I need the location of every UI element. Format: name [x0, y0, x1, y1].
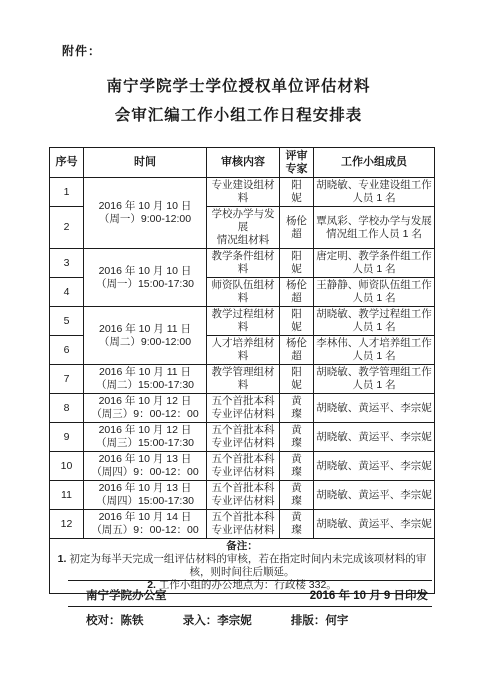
cell-expert: 阳 妮 — [280, 365, 314, 394]
cell-no: 12 — [50, 510, 84, 539]
note-number: 1. — [58, 553, 67, 565]
schedule-table: 序号 时间 审核内容 评审 专家 工作小组成员 12016 年 10 月 10 … — [49, 147, 435, 594]
cell-content: 五个首批本科 专业评估材料 — [207, 394, 280, 423]
cell-time: 2016 年 10 月 12 日 （周三）15:00-17:30 — [84, 423, 207, 452]
cell-expert: 黄 璨 — [280, 452, 314, 481]
cell-expert: 阳 妮 — [280, 249, 314, 278]
cell-no: 7 — [50, 365, 84, 394]
header-no: 序号 — [50, 148, 84, 178]
attachment-label: 附件： — [62, 42, 101, 59]
cell-content: 教学条件组材料 — [207, 249, 280, 278]
header-time: 时间 — [84, 148, 207, 178]
cell-members: 胡晓敏、黄运平、李宗妮 — [314, 394, 435, 423]
cell-members: 李林伟、人才培养组工作人员 1 名 — [314, 336, 435, 365]
cell-time: 2016 年 10 月 11 日 （周二）15:00-17:30 — [84, 365, 207, 394]
cell-expert: 杨伦超 — [280, 207, 314, 249]
cell-content: 师资队伍组材料 — [207, 278, 280, 307]
cell-expert: 杨伦超 — [280, 336, 314, 365]
cell-expert: 阳 妮 — [280, 178, 314, 207]
cell-expert: 阳 妮 — [280, 307, 314, 336]
notes-label: 备注： — [52, 540, 432, 553]
credit-label: 校对： — [86, 615, 121, 627]
cell-expert: 黄 璨 — [280, 481, 314, 510]
cell-content: 五个首批本科 专业评估材料 — [207, 481, 280, 510]
header-members: 工作小组成员 — [314, 148, 435, 178]
cell-time: 2016 年 10 月 12 日 （周三）9：00-12：00 — [84, 394, 207, 423]
note-text: 初定为每半天完成一组评估材料的审核，若在指定时间内未完成该项材料的审核，则时间往… — [69, 553, 426, 578]
cell-no: 6 — [50, 336, 84, 365]
cell-time: 2016 年 10 月 10 日 （周一）15:00-17:30 — [84, 249, 207, 307]
cell-content: 五个首批本科 专业评估材料 — [207, 510, 280, 539]
table-header-row: 序号 时间 审核内容 评审 专家 工作小组成员 — [50, 148, 435, 178]
cell-time: 2016 年 10 月 13 日 （周四）9：00-12：00 — [84, 452, 207, 481]
cell-members: 胡晓敏、黄运平、李宗妮 — [314, 423, 435, 452]
cell-members: 覃凤彩、学校办学与发展情况组工作人员 1 名 — [314, 207, 435, 249]
table-row: 112016 年 10 月 13 日 （周四）15:00-17:30五个首批本科… — [50, 481, 435, 510]
cell-members: 胡晓敏、黄运平、李宗妮 — [314, 452, 435, 481]
cell-members: 唐定明、教学条件组工作人员 1 名 — [314, 249, 435, 278]
cell-expert: 黄 璨 — [280, 423, 314, 452]
footer-office-line: 南宁学院办公室 2016 年 10 月 9 日印发 — [68, 585, 432, 605]
cell-members: 胡晓敏、教学过程组工作人员 1 名 — [314, 307, 435, 336]
cell-expert: 黄 璨 — [280, 510, 314, 539]
table-row: 122016 年 10 月 14 日 （周五）9：00-12：00五个首批本科 … — [50, 510, 435, 539]
document-page: 附件： 南宁学院学士学位授权单位评估材料 会审汇编工作小组工作日程安排表 序号 … — [0, 0, 477, 682]
cell-content: 五个首批本科 专业评估材料 — [207, 452, 280, 481]
page-title-line1: 南宁学院学士学位授权单位评估材料 — [0, 72, 477, 101]
print-date: 2016 年 10 月 9 日印发 — [310, 587, 428, 603]
cell-members: 胡晓敏、黄运平、李宗妮 — [314, 481, 435, 510]
cell-time: 2016 年 10 月 10 日 （周一）9:00-12:00 — [84, 178, 207, 249]
cell-no: 9 — [50, 423, 84, 452]
issuing-office: 南宁学院办公室 — [86, 587, 167, 603]
header-content: 审核内容 — [207, 148, 280, 178]
footer-divider-bottom — [68, 606, 432, 607]
footer-credits: 校对：陈铁 录入：李宗妮 排版：何宇 — [86, 612, 384, 628]
cell-no: 8 — [50, 394, 84, 423]
cell-expert: 杨伦超 — [280, 278, 314, 307]
credit-entry: 录入：李宗妮 — [183, 615, 252, 627]
page-title-line2: 会审汇编工作小组工作日程安排表 — [0, 101, 477, 130]
cell-no: 3 — [50, 249, 84, 278]
cell-no: 2 — [50, 207, 84, 249]
cell-members: 胡晓敏、专业建设组工作人员 1 名 — [314, 178, 435, 207]
credit-label: 排版： — [291, 615, 326, 627]
table-row: 52016 年 10 月 11 日 （周二）9:00-12:00教学过程组材料阳… — [50, 307, 435, 336]
table-row: 32016 年 10 月 10 日 （周一）15:00-17:30教学条件组材料… — [50, 249, 435, 278]
header-expert: 评审 专家 — [280, 148, 314, 178]
table-row: 72016 年 10 月 11 日 （周二）15:00-17:30教学管理组材料… — [50, 365, 435, 394]
cell-members: 胡晓敏、黄运平、李宗妮 — [314, 510, 435, 539]
table-row: 12016 年 10 月 10 日 （周一）9:00-12:00专业建设组材料阳… — [50, 178, 435, 207]
credit-layout: 排版：何宇 — [291, 615, 349, 627]
footer-divider-top — [68, 580, 432, 581]
cell-content: 人才培养组材料 — [207, 336, 280, 365]
credit-name: 李宗妮 — [217, 615, 252, 627]
cell-expert: 黄 璨 — [280, 394, 314, 423]
cell-time: 2016 年 10 月 13 日 （周四）15:00-17:30 — [84, 481, 207, 510]
cell-content: 学校办学与发展 情况组材料 — [207, 207, 280, 249]
cell-content: 专业建设组材料 — [207, 178, 280, 207]
cell-no: 4 — [50, 278, 84, 307]
cell-members: 王静静、师资队伍组工作人员 1 名 — [314, 278, 435, 307]
cell-time: 2016 年 10 月 14 日 （周五）9：00-12：00 — [84, 510, 207, 539]
cell-time: 2016 年 10 月 11 日 （周二）9:00-12:00 — [84, 307, 207, 365]
table-row: 82016 年 10 月 12 日 （周三）9：00-12：00五个首批本科 专… — [50, 394, 435, 423]
cell-content: 五个首批本科 专业评估材料 — [207, 423, 280, 452]
cell-no: 5 — [50, 307, 84, 336]
cell-no: 1 — [50, 178, 84, 207]
page-title: 南宁学院学士学位授权单位评估材料 会审汇编工作小组工作日程安排表 — [0, 72, 477, 130]
cell-members: 胡晓敏、教学管理组工作人员 1 名 — [314, 365, 435, 394]
cell-content: 教学管理组材料 — [207, 365, 280, 394]
cell-no: 11 — [50, 481, 84, 510]
credit-label: 录入： — [183, 615, 218, 627]
table-row: 92016 年 10 月 12 日 （周三）15:00-17:30五个首批本科 … — [50, 423, 435, 452]
credit-proofread: 校对：陈铁 — [86, 615, 144, 627]
credit-name: 何宇 — [325, 615, 348, 627]
note-item: 1. 初定为每半天完成一组评估材料的审核，若在指定时间内未完成该项材料的审核，则… — [52, 553, 432, 579]
credit-name: 陈铁 — [121, 615, 144, 627]
cell-no: 10 — [50, 452, 84, 481]
table-row: 102016 年 10 月 13 日 （周四）9：00-12：00五个首批本科 … — [50, 452, 435, 481]
cell-content: 教学过程组材料 — [207, 307, 280, 336]
